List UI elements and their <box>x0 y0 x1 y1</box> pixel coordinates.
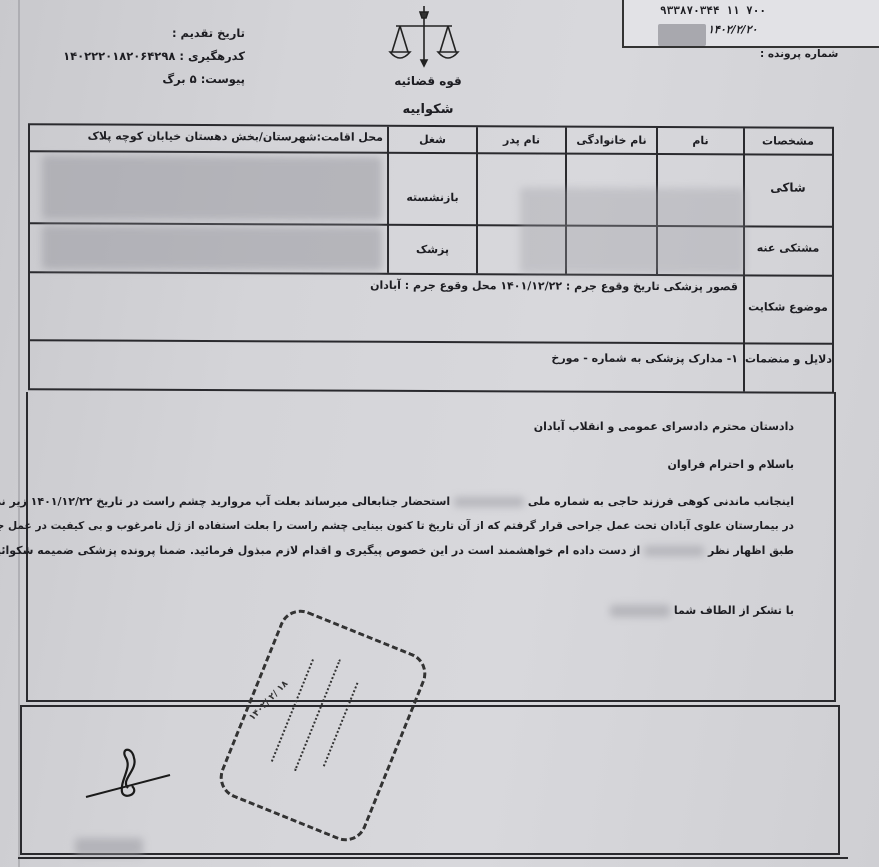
header-specs: مشخصات <box>745 134 831 147</box>
tracking-code-row: کدرهگیری : ۱۴۰۲۲۲۰۱۸۲۰۶۴۲۹۸ <box>55 45 245 68</box>
slip-handwritten: ۱۴۰۲/۲/۲۰ <box>708 23 757 36</box>
letter-line-2: در بیمارستان علوی آبادان تحت عمل جراحی ق… <box>0 520 794 532</box>
signer-redacted <box>75 838 143 856</box>
header-meta: تاریخ تقدیم : کدرهگیری : ۱۴۰۲۲۲۰۱۸۲۰۶۴۲۹… <box>55 22 245 91</box>
row-role-complainant: شاکی <box>745 180 831 194</box>
letter-body: دادستان محترم دادسرای عمومی و انقلاب آبا… <box>26 392 836 702</box>
header-last-name: نام خانوادگی <box>567 134 656 147</box>
complainant-address-redacted <box>42 155 382 220</box>
header-first-name: نام <box>658 134 743 147</box>
complaint-table: مشخصات نام نام خانوادگی نام پدر شغل محل … <box>28 123 834 394</box>
row-role-defendant: مشتکی عنه <box>745 241 831 254</box>
evidence-value: ۱- مدارک پزشکی به شماره - مورخ <box>38 349 738 365</box>
header-occupation: شغل <box>389 133 476 146</box>
letter-greeting: باسلام و احترام فراوان <box>668 458 795 471</box>
organization-name: قوه قضائیه <box>380 74 476 88</box>
letter-line-1: اینجانب ماندنی کوهی فرزند حاجی به شماره … <box>0 495 794 508</box>
stamp-date: ۱۴۰۲/ ۲/ ۱۸ <box>247 679 290 723</box>
submit-date-row: تاریخ تقدیم : <box>55 22 245 45</box>
bottom-section-border <box>18 857 848 867</box>
letter-closing: با تشکر از الطاف شما <box>610 604 794 617</box>
document-title: شکواییه <box>380 102 476 117</box>
letter-line-3: طبق اظهار نظر از دست داده ام خواهشمند اس… <box>0 544 794 557</box>
defendant-address-redacted <box>42 225 382 270</box>
header-address: محل اقامت:شهرستان/بخش دهستان خیابان کوچه… <box>38 129 383 144</box>
signer-name-redacted <box>610 605 670 617</box>
attachments-label: پیوست: <box>201 72 245 86</box>
attachments-row: پیوست: ۵ برگ <box>55 68 245 91</box>
slip-stamp-icon <box>658 24 706 46</box>
attachments-value: ۵ برگ <box>162 72 196 86</box>
header-father-name: نام پدر <box>478 133 565 146</box>
file-number-label: شماره پرونده : <box>760 48 838 60</box>
evidence-label: دلایل و منضمات <box>745 352 831 365</box>
subject-value: قصور پزشکی تاریخ وقوع جرم : ۱۴۰۱/۱۲/۲۲ م… <box>38 277 738 293</box>
tracking-code: ۱۴۰۲۲۲۰۱۸۲۰۶۴۲۹۸ <box>63 49 175 63</box>
names-redacted <box>520 187 745 274</box>
scales-of-justice-icon <box>384 2 464 68</box>
tracking-code-label: کدرهگیری : <box>179 49 245 63</box>
doctor-name-redacted-2 <box>644 546 704 556</box>
complainant-occupation: بازنشسته <box>389 191 476 204</box>
defendant-occupation: پزشک <box>389 243 476 256</box>
subject-label: موضوع شکایت <box>745 300 831 313</box>
national-id-redacted <box>454 497 524 507</box>
slip-number: ۹۳۳۸۷۰۳۴۴ ۱۱ ۷۰۰ <box>660 4 766 17</box>
handwritten-signature-icon <box>80 740 180 810</box>
letter-salutation: دادستان محترم دادسرای عمومی و انقلاب آبا… <box>534 420 794 433</box>
